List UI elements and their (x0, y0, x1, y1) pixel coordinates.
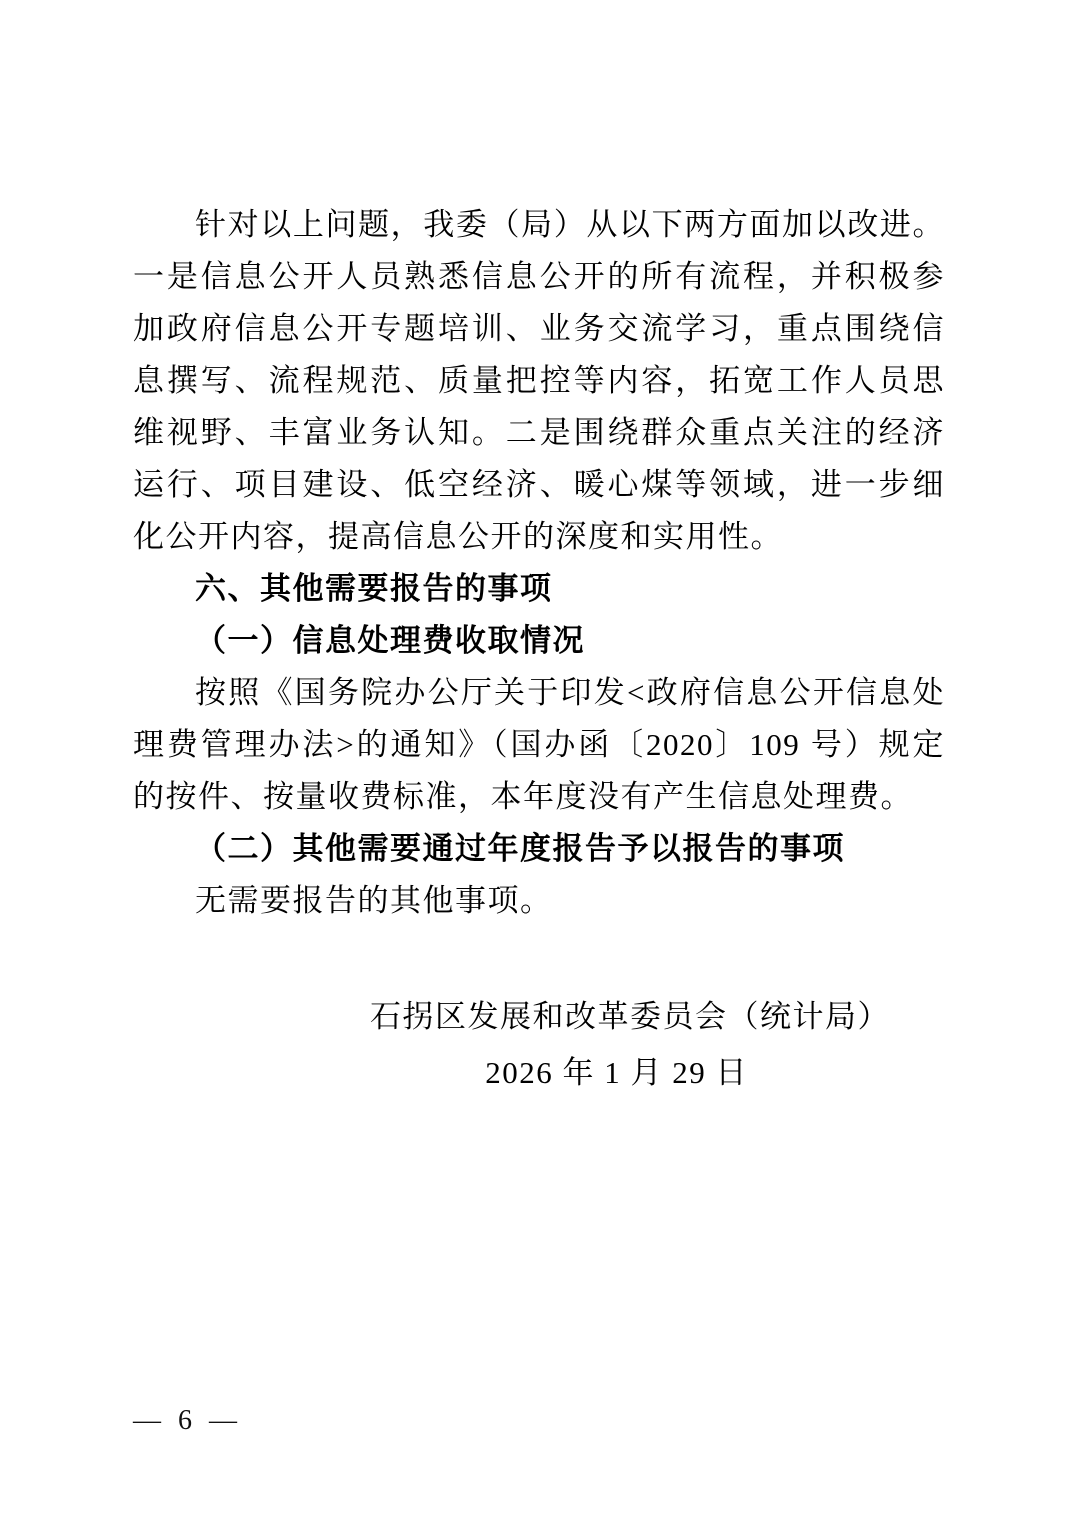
other-matters-paragraph: 无需要报告的其他事项。 (133, 875, 945, 927)
page-number: — 6 — (133, 1405, 242, 1437)
document-page: 针对以上问题，我委（局）从以下两方面加以改进。一是信息公开人员熟悉信息公开的所有… (0, 0, 1074, 1520)
improvement-paragraph: 针对以上问题，我委（局）从以下两方面加以改进。一是信息公开人员熟悉信息公开的所有… (133, 199, 945, 563)
issuing-organization: 石拐区发展和改革委员会（统计局） (133, 989, 945, 1045)
document-content: 针对以上问题，我委（局）从以下两方面加以改进。一是信息公开人员熟悉信息公开的所有… (0, 0, 1074, 1101)
subsection-two-heading: （二）其他需要通过年度报告予以报告的事项 (133, 823, 945, 875)
issue-date: 2026 年 1 月 29 日 (133, 1045, 945, 1101)
signature-block: 石拐区发展和改革委员会（统计局） 2026 年 1 月 29 日 (133, 989, 945, 1101)
section-six-heading: 六、其他需要报告的事项 (133, 563, 945, 615)
subsection-one-heading: （一）信息处理费收取情况 (133, 615, 945, 667)
processing-fee-paragraph: 按照《国务院办公厅关于印发<政府信息公开信息处理费管理办法>的通知》（国办函〔2… (133, 667, 945, 823)
